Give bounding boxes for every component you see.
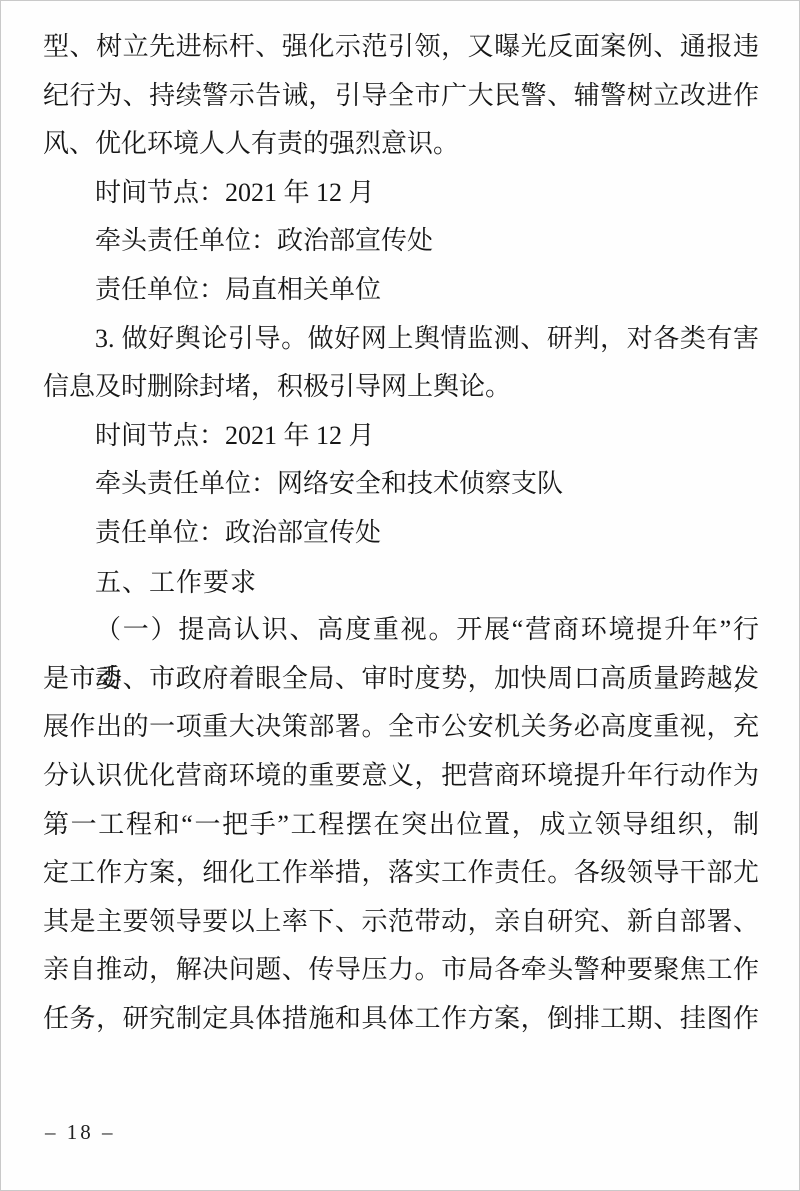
page-number: – 18 – bbox=[45, 1117, 116, 1147]
text-segment: 风、优化环境人人有责的强烈意识。 bbox=[43, 129, 459, 158]
paragraph-line: 第一工程和“一把手”工程摆在突出位置，成立领导组织，制 bbox=[43, 801, 759, 850]
paragraph-line: 是市委、市政府着眼全局、审时度势，加快周口高质量跨越发 bbox=[43, 655, 759, 704]
paragraph-line: 任务，研究制定具体措施和具体工作方案，倒排工期、挂图作 bbox=[43, 995, 759, 1044]
text-segment: 亲自推动，解决问题、传导压力。市局各牵头警种要聚焦工作 bbox=[43, 955, 759, 984]
text-segment: 其是主要领导要以上率下、示范带动，亲自研究、新自部署、 bbox=[43, 907, 759, 936]
paragraph-line: 定工作方案，细化工作举措，落实工作责任。各级领导干部尤 bbox=[43, 849, 759, 898]
text-segment: 牵头责任单位：政治部宣传处 bbox=[95, 226, 433, 255]
text-segment: 时间节点：2021 年 12 月 bbox=[95, 421, 375, 450]
text-segment: 分认识优化营商环境的重要意义，把营商环境提升年行动作为 bbox=[43, 761, 759, 790]
text-segment: （一）提高认识、高度重视。 bbox=[95, 615, 456, 644]
text-segment: 3. 做好舆论引导。做好网上舆情监测、研判，对各类有害 bbox=[95, 324, 759, 353]
text-segment: 是市委、市政府着眼全局、审时度势，加快周口高质量跨越发 bbox=[43, 664, 759, 693]
paragraph-line: 其是主要领导要以上率下、示范带动，亲自研究、新自部署、 bbox=[43, 898, 759, 947]
text-segment: 定工作方案，细化工作举措，落实工作责任。各级领导干部尤 bbox=[43, 858, 759, 887]
text-segment: 型、树立先进标杆、强化示范引领，又曝光反面案例、通报违 bbox=[43, 32, 759, 61]
paragraph-line: 风、优化环境人人有责的强烈意识。 bbox=[43, 120, 759, 169]
paragraph-line: 型、树立先进标杆、强化示范引领，又曝光反面案例、通报违 bbox=[43, 23, 759, 72]
time-node-line: 时间节点：2021 年 12 月 bbox=[43, 412, 759, 461]
text-segment: 纪行为、持续警示告诫，引导全市广大民警、辅警树立改进作 bbox=[43, 81, 759, 110]
text-segment: 时间节点：2021 年 12 月 bbox=[95, 178, 375, 207]
paragraph-line: 纪行为、持续警示告诫，引导全市广大民警、辅警树立改进作 bbox=[43, 72, 759, 121]
text-segment: 责任单位：局直相关单位 bbox=[95, 275, 381, 304]
paragraph-line: （一）提高认识、高度重视。开展“营商环境提升年”行动， bbox=[43, 606, 759, 655]
section-heading: 五、工作要求 bbox=[43, 558, 759, 607]
resp-unit-line: 责任单位：政治部宣传处 bbox=[43, 509, 759, 558]
text-segment: 信息及时删除封堵，积极引导网上舆论。 bbox=[43, 372, 511, 401]
text-segment: 责任单位：政治部宣传处 bbox=[95, 518, 381, 547]
lead-unit-line: 牵头责任单位：网络安全和技术侦察支队 bbox=[43, 460, 759, 509]
text-segment: 第一工程和“一把手”工程摆在突出位置，成立领导组织，制 bbox=[43, 810, 759, 839]
text-segment: 任务，研究制定具体措施和具体工作方案，倒排工期、挂图作 bbox=[43, 1004, 759, 1033]
document-page: 型、树立先进标杆、强化示范引领，又曝光反面案例、通报违纪行为、持续警示告诫，引导… bbox=[0, 0, 800, 1191]
resp-unit-line: 责任单位：局直相关单位 bbox=[43, 266, 759, 315]
time-node-line: 时间节点：2021 年 12 月 bbox=[43, 169, 759, 218]
paragraph-line: 亲自推动，解决问题、传导压力。市局各牵头警种要聚焦工作 bbox=[43, 946, 759, 995]
paragraph-line: 信息及时删除封堵，积极引导网上舆论。 bbox=[43, 363, 759, 412]
paragraph-line: 展作出的一项重大决策部署。全市公安机关务必高度重视，充 bbox=[43, 703, 759, 752]
text-segment: 五、工作要求 bbox=[95, 567, 257, 597]
text-segment: 牵头责任单位：网络安全和技术侦察支队 bbox=[95, 469, 563, 498]
text-segment: 展作出的一项重大决策部署。全市公安机关务必高度重视，充 bbox=[43, 712, 759, 741]
paragraph-line: 分认识优化营商环境的重要意义，把营商环境提升年行动作为 bbox=[43, 752, 759, 801]
paragraph-line: 3. 做好舆论引导。做好网上舆情监测、研判，对各类有害 bbox=[43, 315, 759, 364]
text-block: 型、树立先进标杆、强化示范引领，又曝光反面案例、通报违纪行为、持续警示告诫，引导… bbox=[43, 23, 759, 1043]
lead-unit-line: 牵头责任单位：政治部宣传处 bbox=[43, 217, 759, 266]
